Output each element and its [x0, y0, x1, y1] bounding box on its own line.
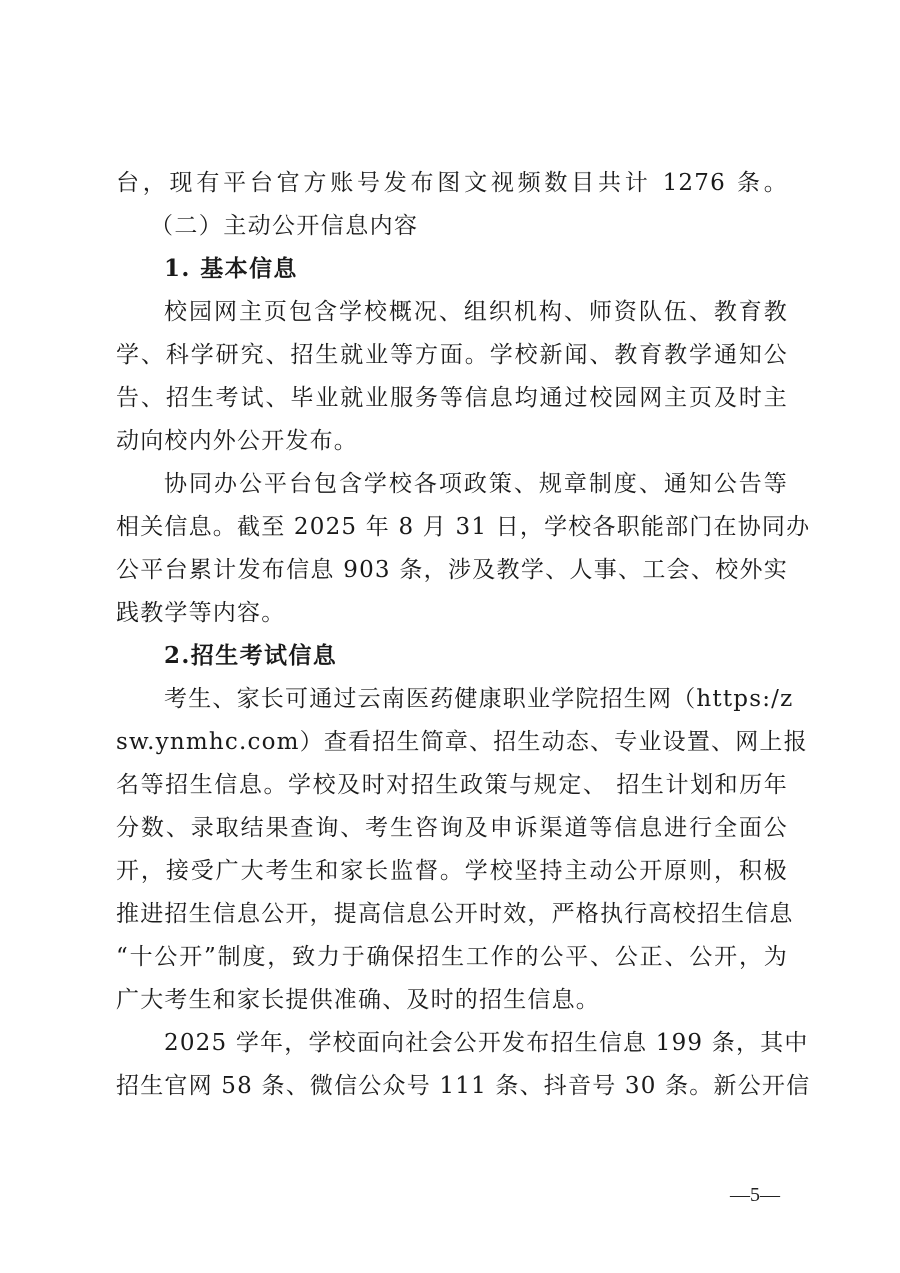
text-line: sw.ynmhc.com）查看招生简章、招生动态、专业设置、网上报 — [116, 727, 788, 757]
text-line: 招生官网 58 条、微信公众号 111 条、抖音号 30 条。新公开信 — [116, 1071, 788, 1101]
text-line: 校园网主页包含学校概况、组织机构、师资队伍、教育教 — [164, 297, 788, 327]
text-line: 学、科学研究、招生就业等方面。学校新闻、教育教学通知公 — [116, 340, 788, 370]
text-line: 践教学等内容。 — [116, 598, 788, 628]
text-line: “十公开”制度，致力于确保招生工作的公平、公正、公开，为 — [116, 942, 788, 972]
text-line: 公平台累计发布信息 903 条，涉及教学、人事、工会、校外实 — [116, 555, 788, 585]
text-line: 推进招生信息公开，提高信息公开时效，严格执行高校招生信息 — [116, 899, 788, 929]
text-line: 开，接受广大考生和家长监督。学校坚持主动公开原则，积极 — [116, 856, 788, 886]
text-line: 分数、录取结果查询、考生咨询及申诉渠道等信息进行全面公 — [116, 813, 788, 843]
text-line: 告、招生考试、毕业就业服务等信息均通过校园网主页及时主 — [116, 383, 788, 413]
text-line: 广大考生和家长提供准确、及时的招生信息。 — [116, 985, 788, 1015]
text-line: 相关信息。截至 2025 年 8 月 31 日，学校各职能部门在协同办 — [116, 512, 788, 542]
text-line: 协同办公平台包含学校各项政策、规章制度、通知公告等 — [164, 469, 788, 499]
text-line: 名等招生信息。学校及时对招生政策与规定、 招生计划和历年 — [116, 770, 788, 800]
subheading-admissions-info: 2.招生考试信息 — [164, 641, 788, 671]
text-line: 动向校内外公开发布。 — [116, 426, 788, 456]
section-heading: （二）主动公开信息内容 — [150, 211, 774, 241]
text-line: 台，现有平台官方账号发布图文视频数目共计 1276 条。 — [116, 168, 788, 198]
text-line: 2025 学年，学校面向社会公开发布招生信息 199 条，其中 — [164, 1028, 788, 1058]
subheading-basic-info: 1. 基本信息 — [164, 254, 788, 284]
text-line: 考生、家长可通过云南医药健康职业学院招生网（https:/z — [164, 684, 788, 714]
document-page: 台，现有平台官方账号发布图文视频数目共计 1276 条。 （二）主动公开信息内容… — [0, 0, 900, 1273]
page-number: —5— — [730, 1184, 780, 1207]
